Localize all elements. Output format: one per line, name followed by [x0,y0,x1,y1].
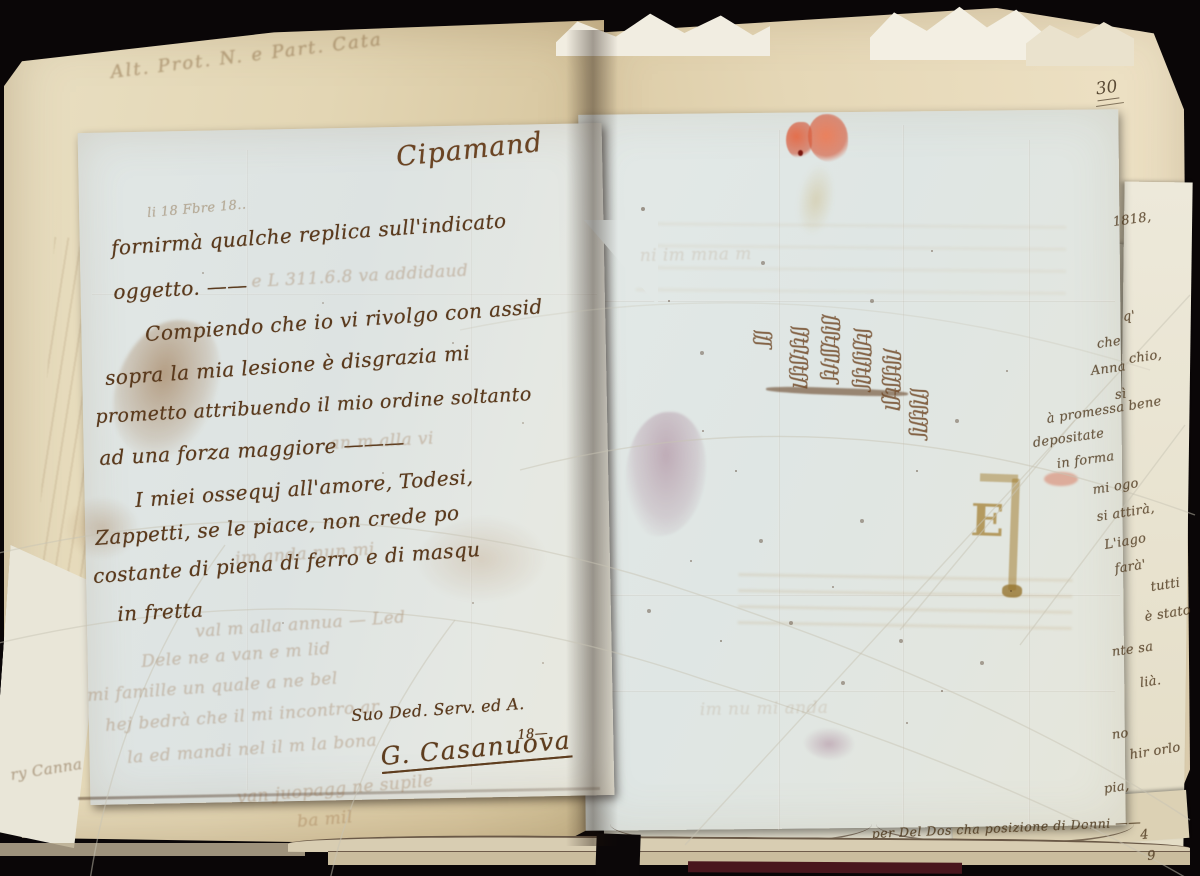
page-seam-shadow [566,30,618,846]
ink-bleed-line: im nu mi anda [700,698,829,720]
foxing-stain-rows [636,222,1067,312]
ink-bleed-column: ʃſlʃtʃſlʃ [904,388,933,573]
stamp-blob [808,114,848,162]
handwritten-line: 18— [517,726,549,743]
page-number: 30 [1095,77,1119,102]
page-stack-strip-dark [688,861,962,873]
page-edge-fragment: no [1111,726,1130,743]
ink-speckles [0,0,2,2]
ink-bleed-line: ni im mna m [640,244,752,266]
page-stack-strip [0,843,305,856]
red-smudge [1044,472,1078,486]
red-wax-stamp [786,114,850,168]
ink-bleed-column: ʃſʃ [750,330,777,427]
stamp-dot [798,150,803,156]
paper-crease [600,690,1115,692]
ochre-glyph: E [970,495,1005,547]
manuscript-photo: Alt. Prot. N. e Part. Cata 30 ry Canna E [0,0,1200,876]
ochre-bar [1008,478,1020,590]
page-edge-fragment: 4 [1140,827,1150,843]
page-edge-fragment: q' [1122,308,1136,325]
ochre-foot [1002,584,1022,598]
torn-paper-edge [870,4,1042,60]
page-edge-fragment: 9 [1147,848,1157,864]
ochre-cap [980,473,1018,482]
handwritten-line: in fretta [117,598,204,626]
paper-crease [470,140,472,785]
page-edge-fragment: lià. [1139,673,1162,691]
ochre-seal-mark: E [968,473,1028,599]
